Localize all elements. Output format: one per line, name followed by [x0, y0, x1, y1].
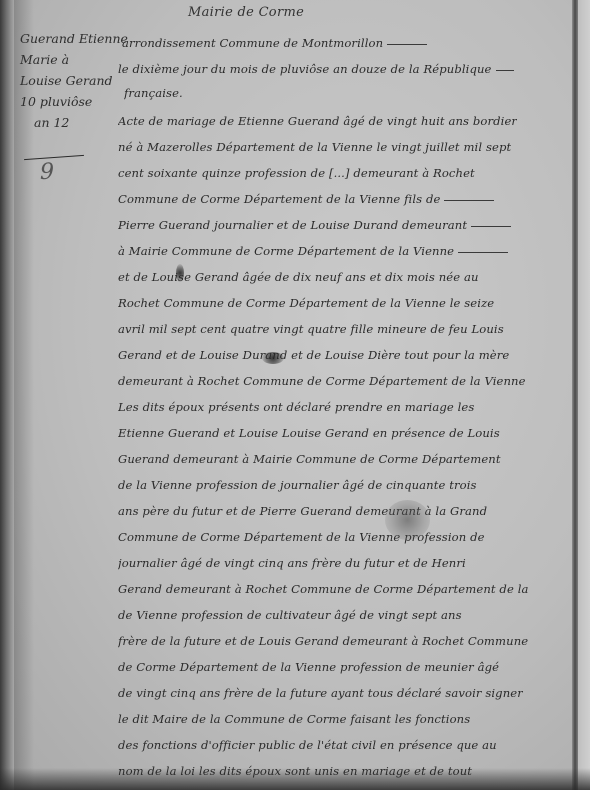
text-line: Gerand et de Louise Durand et de Louise …: [118, 348, 509, 362]
text-line: Guerand demeurant à Mairie Commune de Co…: [118, 452, 501, 466]
text-line: frère de la future et de Louis Gerand de…: [118, 634, 528, 648]
text-line: le dixième jour du mois de pluviôse an d…: [118, 62, 514, 76]
text-line: ans père du futur et de Pierre Guerand d…: [118, 504, 487, 518]
page-bottom-shadow: [0, 768, 590, 790]
text-line: de la Vienne profession de journalier âg…: [118, 478, 477, 492]
text-line: Commune de Corme Département de la Vienn…: [118, 192, 494, 206]
text-line: Pierre Guerand journalier et de Louise D…: [118, 218, 511, 232]
text-line: à Mairie Commune de Corme Département de…: [118, 244, 508, 258]
margin-annotation: Guerand Etienne Marie à Louise Gerand 10…: [20, 28, 105, 133]
text-line: Gerand demeurant à Rochet Commune de Cor…: [118, 582, 529, 596]
page-left-edge: [0, 0, 14, 790]
text-line: de Vienne profession de cultivateur âgé …: [118, 608, 462, 622]
folio-number: 9: [40, 160, 54, 185]
text-line: journalier âgé de vingt cinq ans frère d…: [118, 556, 466, 570]
text-line: Les dits époux présents ont déclaré pren…: [118, 400, 474, 414]
text-line: arrondissement Commune de Montmorillon: [122, 36, 427, 50]
page-header-title: Mairie de Corme: [188, 5, 304, 20]
text-line: Rochet Commune de Corme Département de l…: [118, 296, 494, 310]
text-line: Commune de Corme Département de la Vienn…: [118, 530, 485, 544]
ink-blot: [176, 264, 184, 282]
text-line: né à Mazerolles Département de la Vienne…: [118, 140, 511, 154]
text-line: demeurant à Rochet Commune de Corme Dépa…: [118, 374, 526, 388]
scanned-register-page: Mairie de Corme Guerand Etienne Marie à …: [0, 0, 590, 790]
facing-page-strip: [578, 0, 590, 790]
ink-blot: [262, 352, 284, 364]
text-line: Acte de mariage de Etienne Guerand âgé d…: [118, 114, 517, 128]
margin-line: Guerand Etienne: [20, 28, 105, 49]
text-line: de Corme Département de la Vienne profes…: [118, 660, 499, 674]
margin-line: an 12: [20, 112, 105, 133]
text-line: cent soixante quinze profession de [...]…: [118, 166, 475, 180]
margin-line: Louise Gerand: [20, 70, 105, 91]
text-line: française.: [124, 86, 183, 100]
text-line: avril mil sept cent quatre vingt quatre …: [118, 322, 504, 336]
text-line: des fonctions d'officier public de l'éta…: [118, 738, 497, 752]
margin-line: 10 pluviôse: [20, 91, 105, 112]
text-line: de vingt cinq ans frère de la future aya…: [118, 686, 523, 700]
margin-line: Marie à: [20, 49, 105, 70]
text-line: et de Louise Gerand âgée de dix neuf ans…: [118, 270, 479, 284]
ink-stain: [385, 500, 430, 540]
text-line: Etienne Guerand et Louise Louise Gerand …: [118, 426, 500, 440]
text-line: le dit Maire de la Commune de Corme fais…: [118, 712, 470, 726]
